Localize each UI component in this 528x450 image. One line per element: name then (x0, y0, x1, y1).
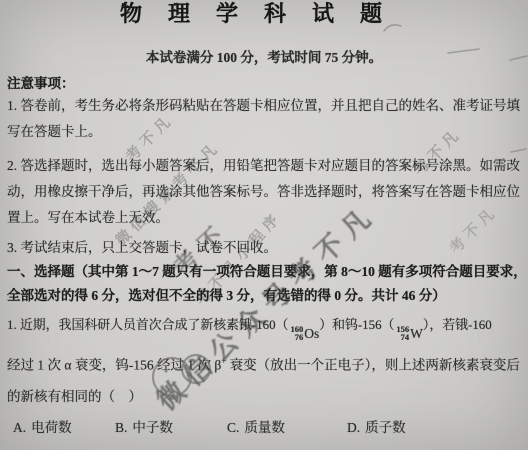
dark-watermark-layer: 考不 微信公众号考不凡 (0, 0, 528, 450)
stamp-and-pen-marks (0, 0, 528, 450)
exam-paper-scan: 考不凡 微信搜索考不凡 考不凡小程序 考不凡 考不凡 物理学科试题 本试卷满分 … (0, 0, 528, 450)
pen-marks (384, 25, 527, 152)
mascot-stamp-icon (153, 355, 210, 399)
